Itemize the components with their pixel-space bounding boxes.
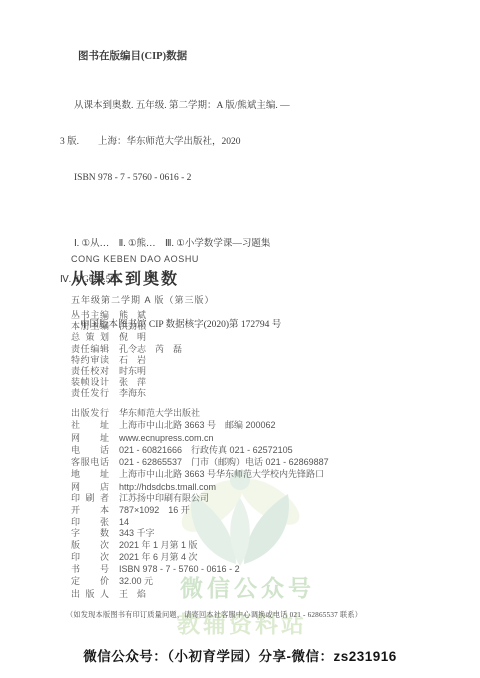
printing-row: 书号ISBN 978 - 7 - 5760 - 0616 - 2 (71, 564, 240, 576)
quality-note: （如发现本版图书有印订质量问题，请寄回本社客服中心调换或电话 021 - 628… (66, 610, 362, 620)
credit-label: 本册主编 (71, 321, 109, 332)
credit-label: 丛书主编 (71, 310, 109, 321)
credit-value: 石 岩 (119, 355, 146, 366)
publisher-person-block: 出版人王 焰 (71, 588, 146, 600)
credit-row: 本册主编洪劲松 (71, 321, 182, 332)
printing-value: ISBN 978 - 7 - 5760 - 0616 - 2 (119, 564, 240, 576)
credit-row: 特约审读石 岩 (71, 355, 182, 366)
publisher-person-label: 出版人 (71, 588, 109, 600)
copyright-page: 微信公众号 教辅资料站 图书在版编目(CIP)数据 从课本到奥数. 五年级. 第… (0, 0, 480, 678)
title-pinyin: CONG KEBEN DAO AOSHU (71, 254, 215, 264)
printing-value: 2021 年 6 月第 4 次 (119, 552, 198, 564)
printing-block: 印刷者江苏扬中印刷有限公司 开本787×1092 16 开 印张14 字数343… (71, 493, 240, 587)
credit-row: 装帧设计张 萍 (71, 377, 182, 388)
printing-row: 印张14 (71, 517, 240, 529)
printing-value: 787×1092 16 开 (119, 505, 190, 517)
printing-value: 2021 年 1 月第 1 版 (119, 540, 198, 552)
printing-row: 开本787×1092 16 开 (71, 505, 240, 517)
printing-label: 书号 (71, 564, 109, 576)
publishing-label: 电话 (71, 444, 109, 456)
publishing-value: 上海市中山北路 3663 号华东师范大学校内先锋路口 (119, 468, 324, 480)
printing-label: 定价 (71, 576, 109, 588)
credit-label: 特约审读 (71, 355, 109, 366)
credit-row: 责任编辑孔令志 芮 磊 (71, 344, 182, 355)
credit-value: 李海东 (119, 388, 146, 399)
printing-value: 14 (119, 517, 129, 529)
publishing-row: 网址www.ecnupress.com.cn (71, 432, 329, 444)
printing-row: 印刷者江苏扬中印刷有限公司 (71, 493, 240, 505)
publishing-block: 出版发行华东师范大学出版社 社址上海市中山北路 3663 号 邮编 200062… (71, 407, 329, 493)
publisher-person-row: 出版人王 焰 (71, 588, 146, 600)
cip-isbn-line: ISBN 978 - 7 - 5760 - 0616 - 2 (60, 172, 380, 184)
printing-row: 定价32.00 元 (71, 576, 240, 588)
publishing-label: 社址 (71, 419, 109, 431)
publishing-label: 网店 (71, 481, 109, 493)
credit-value: 孔令志 芮 磊 (119, 344, 182, 355)
publishing-label: 网址 (71, 432, 109, 444)
cip-record: 从课本到奥数. 五年级. 第二学期：A 版/熊斌主编. — 3 版. 上海：华东… (60, 76, 380, 208)
credit-row: 丛书主编熊 斌 (71, 310, 182, 321)
publishing-value: 021 - 60821666 行政传真 021 - 62572105 (119, 444, 293, 456)
book-title: 从课本到奥数 (71, 266, 215, 289)
publishing-value: www.ecnupress.com.cn (119, 432, 214, 444)
printing-value: 江苏扬中印刷有限公司 (119, 493, 209, 505)
printing-row: 字数343 千字 (71, 528, 240, 540)
publishing-row: 社址上海市中山北路 3663 号 邮编 200062 (71, 419, 329, 431)
credits-block: 丛书主编熊 斌 本册主编洪劲松 总策划倪 明 责任编辑孔令志 芮 磊 特约审读石… (71, 310, 182, 400)
publishing-value: http://hdsdcbs.tmall.com (119, 481, 216, 493)
printing-label: 版次 (71, 540, 109, 552)
publishing-row: 网店http://hdsdcbs.tmall.com (71, 481, 329, 493)
cip-header: 图书在版编目(CIP)数据 (78, 51, 380, 63)
printing-label: 开本 (71, 505, 109, 517)
credit-label: 总策划 (71, 332, 109, 343)
credit-value: 倪 明 (119, 332, 146, 343)
publishing-value: 021 - 62865537 门市（邮购）电话 021 - 62869887 (119, 456, 329, 468)
publishing-value: 上海市中山北路 3663 号 邮编 200062 (119, 419, 276, 431)
publishing-label: 地址 (71, 468, 109, 480)
publishing-row: 地址上海市中山北路 3663 号华东师范大学校内先锋路口 (71, 468, 329, 480)
cip-record-line2: 3 版. 上海：华东师范大学出版社，2020 (60, 136, 380, 148)
credit-label: 责任校对 (71, 366, 109, 377)
publishing-row: 电话021 - 60821666 行政传真 021 - 62572105 (71, 444, 329, 456)
wechat-promo-line: 微信公众号：（小初育学园）分享-微信：zs231916 (0, 645, 480, 665)
printing-value: 343 千字 (119, 528, 155, 540)
publishing-label: 出版发行 (71, 407, 109, 419)
credit-row: 总策划倪 明 (71, 332, 182, 343)
publishing-row: 出版发行华东师范大学出版社 (71, 407, 329, 419)
publishing-label: 客服电话 (71, 456, 109, 468)
printing-label: 印刷者 (71, 493, 109, 505)
credit-label: 装帧设计 (71, 377, 109, 388)
credit-label: 责任发行 (71, 388, 109, 399)
cip-class-line1: Ⅰ. ①从… Ⅱ. ①熊… Ⅲ. ①小学数学课—习题集 (60, 238, 380, 250)
printing-label: 印张 (71, 517, 109, 529)
credit-row: 责任发行李海东 (71, 388, 182, 399)
printing-row: 印次2021 年 6 月第 4 次 (71, 552, 240, 564)
credit-value: 时东明 (119, 366, 146, 377)
cip-record-line1: 从课本到奥数. 五年级. 第二学期：A 版/熊斌主编. — (60, 100, 380, 112)
publishing-value: 华东师范大学出版社 (119, 407, 200, 419)
publishing-row: 客服电话021 - 62865537 门市（邮购）电话 021 - 628698… (71, 456, 329, 468)
credit-value: 洪劲松 (119, 321, 146, 332)
edition-subtitle: 五年级第二学期 A 版（第三版） (71, 293, 215, 306)
title-block: CONG KEBEN DAO AOSHU 从课本到奥数 五年级第二学期 A 版（… (71, 254, 215, 306)
printing-value: 32.00 元 (119, 576, 153, 588)
printing-row: 版次2021 年 1 月第 1 版 (71, 540, 240, 552)
credit-value: 熊 斌 (119, 310, 146, 321)
credit-label: 责任编辑 (71, 344, 109, 355)
printing-label: 印次 (71, 552, 109, 564)
printing-label: 字数 (71, 528, 109, 540)
credit-value: 张 萍 (119, 377, 146, 388)
publisher-person-value: 王 焰 (119, 588, 146, 600)
credit-row: 责任校对时东明 (71, 366, 182, 377)
